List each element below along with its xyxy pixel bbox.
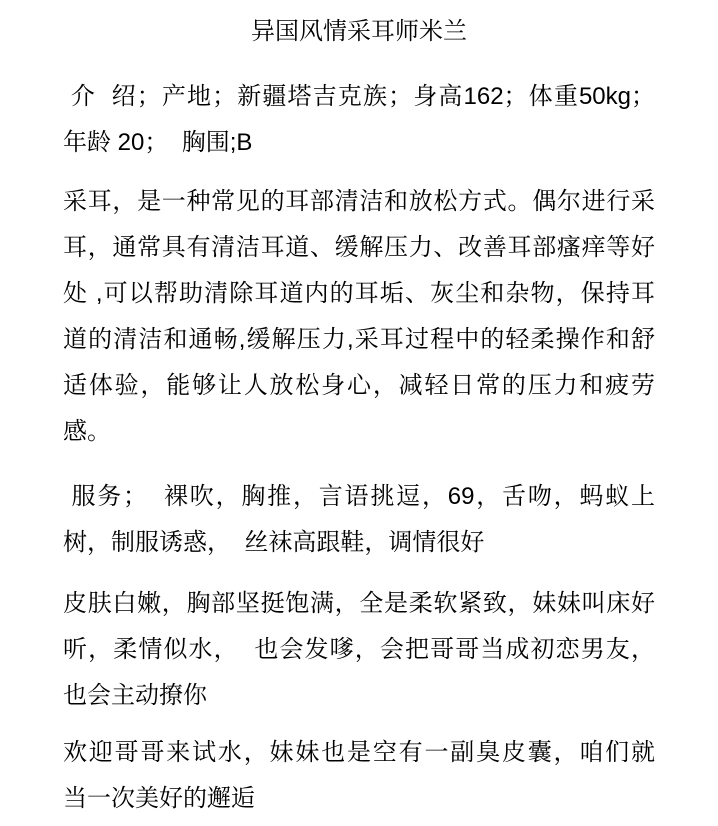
- text-line: 适体验，能够让人放松身心，减轻日常的压力和疲劳: [63, 363, 655, 409]
- paragraph-closing-invitation: 欢迎哥哥来试水，妹妹也是空有一副臭皮囊，咱们就 当一次美好的邂逅: [63, 730, 655, 822]
- paragraph-intro-stats: 介 绍；产地；新疆塔吉克族；身高162；体重50kg； 年龄 20； 胸围;B: [63, 74, 655, 166]
- document-title: 异国风情采耳师米兰: [63, 9, 655, 55]
- text-line: 也会主动撩你: [63, 673, 655, 719]
- text-line: 感。: [63, 409, 655, 455]
- text-line: 介 绍；产地；新疆塔吉克族；身高162；体重50kg；: [63, 74, 655, 120]
- paragraph-ear-cleaning-description: 采耳，是一种常见的耳部清洁和放松方式。偶尔进行采 耳，通常具有清洁耳道、缓解压力…: [63, 179, 655, 455]
- text-line: 树，制服诱惑， 丝袜高跟鞋，调情很好: [63, 520, 655, 566]
- text-line: 服务； 裸吹，胸推，言语挑逗，69，舌吻，蚂蚁上: [63, 474, 655, 520]
- paragraph-appearance-description: 皮肤白嫩，胸部坚挺饱满，全是柔软紧致，妹妹叫床好 听，柔情似水， 也会发嗲，会把…: [63, 581, 655, 719]
- text-line: 欢迎哥哥来试水，妹妹也是空有一副臭皮囊，咱们就: [63, 730, 655, 776]
- text-line: 采耳，是一种常见的耳部清洁和放松方式。偶尔进行采: [63, 179, 655, 225]
- text-line: 皮肤白嫩，胸部坚挺饱满，全是柔软紧致，妹妹叫床好: [63, 581, 655, 627]
- text-line: 道的清洁和通畅,缓解压力,采耳过程中的轻柔操作和舒: [63, 317, 655, 363]
- text-line: 听，柔情似水， 也会发嗲，会把哥哥当成初恋男友，: [63, 627, 655, 673]
- text-line: 年龄 20； 胸围;B: [63, 120, 655, 166]
- text-line: 耳，通常具有清洁耳道、缓解压力、改善耳部瘙痒等好: [63, 225, 655, 271]
- paragraph-services-list: 服务； 裸吹，胸推，言语挑逗，69，舌吻，蚂蚁上 树，制服诱惑， 丝袜高跟鞋，调…: [63, 474, 655, 566]
- text-line: 处 ,可以帮助清除耳道内的耳垢、灰尘和杂物，保持耳: [63, 271, 655, 317]
- document-page: 异国风情采耳师米兰 介 绍；产地；新疆塔吉克族；身高162；体重50kg； 年龄…: [0, 0, 718, 826]
- text-line: 当一次美好的邂逅: [63, 776, 655, 822]
